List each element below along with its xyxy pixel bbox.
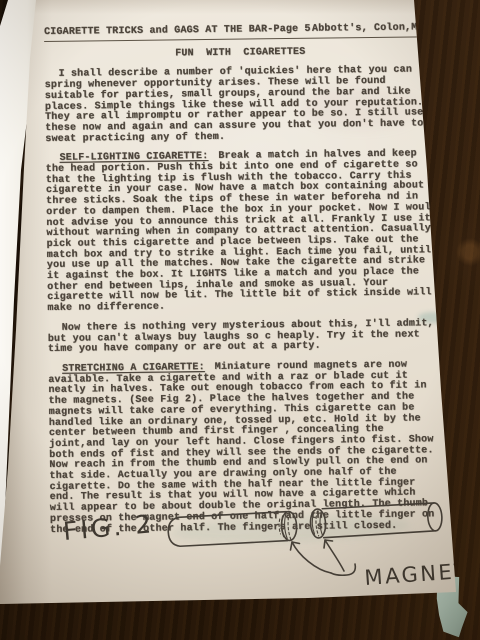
- photo-background: CIGARETTE TRICKS and GAGS AT THE BAR-Pag…: [0, 0, 480, 640]
- cigarette-open-end: [427, 503, 442, 532]
- figure-label: FIG. 2: [62, 509, 155, 546]
- arrow-right-icon: [325, 540, 344, 571]
- paragraph-text: I shall describe a number of 'quickies' …: [45, 65, 424, 145]
- paragraph-text: Now there is nothing very mysterious abo…: [48, 318, 434, 355]
- page-title: FUN WITH CIGARETTES: [44, 46, 436, 61]
- self-lighting-section: SELF-LIGHTING CIGARETTE:Break a match in…: [46, 150, 440, 315]
- document-page: CIGARETTE TRICKS and GAGS AT THE BAR-Pag…: [0, 0, 480, 640]
- paragraph-text: Break a match in halves and keep the hea…: [46, 149, 437, 314]
- cigarette-magnets-sketch: FIG. 2: [28, 488, 458, 606]
- magnet-arrows: [291, 540, 356, 575]
- page-header: CIGARETTE TRICKS and GAGS AT THE BAR-Pag…: [44, 23, 436, 41]
- cigarette-right-half: [310, 503, 443, 539]
- arrow-left-icon: [292, 542, 331, 573]
- cigarette-halves: [167, 503, 442, 547]
- figure-2-drawing: FIG. 2: [28, 488, 458, 606]
- cigarette-left-half: [168, 511, 298, 547]
- typewritten-content: CIGARETTE TRICKS and GAGS AT THE BAR-Pag…: [44, 23, 442, 536]
- closing-remark-paragraph: Now there is nothing very mysterious abo…: [48, 319, 440, 356]
- header-left-text: CIGARETTE TRICKS and GAGS AT THE BAR-Pag…: [44, 25, 311, 39]
- intro-paragraph: I shall describe a number of 'quickies' …: [45, 66, 438, 146]
- magnets-annotation: MAGNETS: [364, 558, 458, 590]
- header-right-text: Abbott's, Colon,Mich: [312, 23, 436, 35]
